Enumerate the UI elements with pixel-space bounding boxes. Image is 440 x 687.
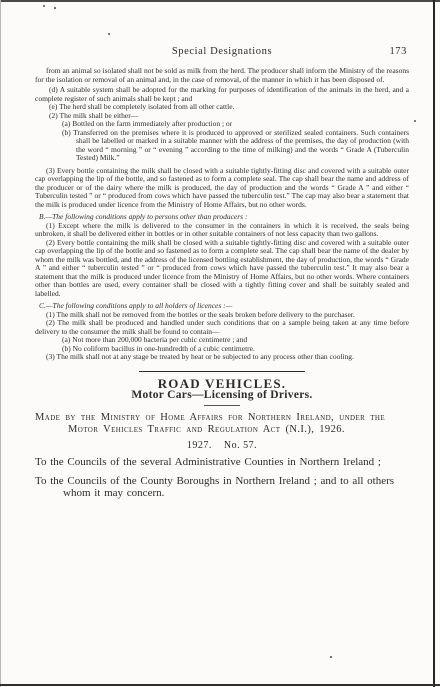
road-vehicles-title: ROAD VEHICLES.	[35, 380, 409, 389]
milk-clause-b2: (2) Every bottle containing the milk sha…	[35, 239, 409, 299]
addressee-counties: To the Councils of the several Administr…	[63, 456, 409, 469]
scan-speck	[414, 120, 416, 122]
page-body: from an animal so isolated shall not be …	[35, 67, 409, 500]
milk-clause-d: (d) A suitable system shall be adopted f…	[35, 86, 409, 103]
page-edge-right	[433, 0, 435, 687]
road-vehicles-subtitle: Motor Cars—Licensing of Drivers.	[35, 391, 409, 400]
order-number-line: 1927.No. 57.	[35, 442, 409, 451]
section-divider-rule	[139, 371, 305, 372]
scan-speck	[54, 7, 56, 9]
scanned-document-page: Special Designations 173 from an animal …	[0, 0, 440, 687]
running-title: Special Designations	[35, 46, 409, 57]
addressee-boroughs: To the Councils of the County Boroughs i…	[63, 475, 409, 500]
milk-order-intro-paragraph: from an animal so isolated shall not be …	[35, 67, 409, 84]
scan-speck	[43, 5, 45, 7]
scan-speck	[330, 656, 332, 658]
page-number: 173	[389, 46, 407, 57]
subtitle-rule	[204, 405, 240, 406]
milk-clause-c2: (2) The milk shall be produced and handl…	[35, 319, 409, 336]
milk-clause-3: (3) Every bottle containing the milk sha…	[35, 167, 409, 210]
page-edge-bottom	[0, 684, 440, 686]
running-head: Special Designations 173	[35, 46, 409, 60]
made-by-paragraph: Made by the Ministry of Home Affairs for…	[68, 412, 409, 437]
scan-speck	[108, 33, 110, 35]
page-edge-top	[0, 0, 440, 2]
milk-clause-2b: (b) Transferred on the premises where it…	[76, 129, 409, 163]
order-number: No. 57.	[224, 440, 257, 451]
order-year: 1927.	[187, 440, 212, 451]
page-edge-left	[0, 0, 1, 687]
milk-clause-b1: (1) Except where the milk is delivered t…	[35, 222, 409, 239]
milk-clause-c3: (3) The milk shall not at any stage be t…	[35, 353, 409, 362]
